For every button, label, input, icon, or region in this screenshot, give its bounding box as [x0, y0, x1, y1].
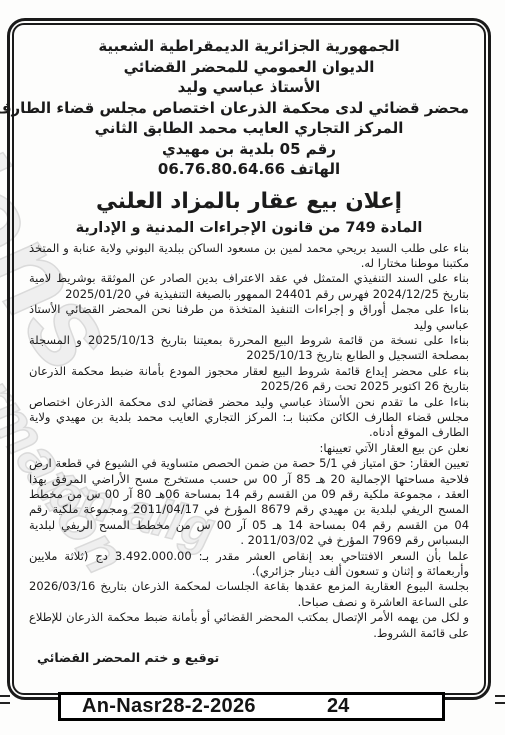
ad-legal-article-subtitle: المادة 749 من قانون الإجراءات المدنية و …	[29, 219, 469, 237]
publication-date: 28-2-2026	[162, 695, 256, 717]
body-paragraph: و لكل من يهمه الأمر الإتصال بمكتب المحضر…	[29, 610, 469, 641]
frame-bottom-rule-left	[0, 695, 10, 704]
body-paragraph: تعيين العقار: حق امتياز في 5/1 حصة من ضم…	[29, 456, 469, 548]
body-paragraph: نعلن عن بيع العقار الآتي تعيينها:	[29, 441, 469, 456]
body-paragraph: بناء على طلب السيد بريحي محمد لمين بن مس…	[29, 241, 469, 272]
ad-letterhead: الجمهورية الجزائرية الديمقراطية الشعبيةا…	[29, 36, 469, 180]
signature-and-stamp-line: توقيع و ختم المحضر القضائي	[29, 650, 469, 665]
body-paragraph: بناءا على ما تقدم نحن الأستاذ عباسي وليد…	[29, 395, 469, 441]
body-paragraph: بجلسة البيوع العقارية المزمع عقدها بقاعة…	[29, 579, 469, 610]
letterhead-line: محضر قضائي لدى محكمة الذرعان اختصاص مجلس…	[29, 98, 469, 119]
page-number: 24	[327, 695, 349, 718]
body-paragraph: علما بأن السعر الافتتاحي بعد إنقاص العشر…	[29, 549, 469, 580]
publication-name-and-date: An-Nasr28-2-2026	[61, 695, 256, 718]
body-paragraph: بناءا على نسخة من قائمة شروط البيع المحر…	[29, 333, 469, 364]
ad-title: إعلان بيع عقار بالمزاد العلني	[29, 189, 469, 215]
publication-name: An-Nasr	[82, 695, 162, 717]
body-paragraph: بناءا على مجمل أوراق و إجراءات التنفيذ ا…	[29, 302, 469, 333]
body-paragraph: بناء على السند التنفيذي المتمثل في عقد ا…	[29, 271, 469, 302]
ad-content-area: الجمهورية الجزائرية الديمقراطية الشعبيةا…	[12, 23, 486, 695]
letterhead-line: الهاتف 06.76.80.64.66	[29, 159, 469, 180]
frame-bottom-rule-right	[495, 695, 505, 704]
publication-footer-bar: An-Nasr28-2-2026 24	[58, 692, 445, 721]
body-paragraph: بناء على محضر إيداع قائمة شروط البيع لعق…	[29, 364, 469, 395]
letterhead-line: رقم 05 بلدية بن مهيدي	[29, 139, 469, 160]
ad-body: بناء على طلب السيد بريحي محمد لمين بن مس…	[29, 241, 469, 642]
letterhead-line: الجمهورية الجزائرية الديمقراطية الشعبية	[29, 36, 469, 57]
letterhead-line: الديوان العمومي للمحضر القضائي	[29, 57, 469, 78]
letterhead-line: الأستاذ عباسي وليد	[29, 77, 469, 98]
scanned-newspaper-ad: dens formation on allg الجمهورية الجزائر…	[0, 0, 505, 735]
ad-border-frame: الجمهورية الجزائرية الديمقراطية الشعبيةا…	[7, 18, 491, 700]
letterhead-line: المركز التجاري العايب محمد الطابق الثاني	[29, 118, 469, 139]
